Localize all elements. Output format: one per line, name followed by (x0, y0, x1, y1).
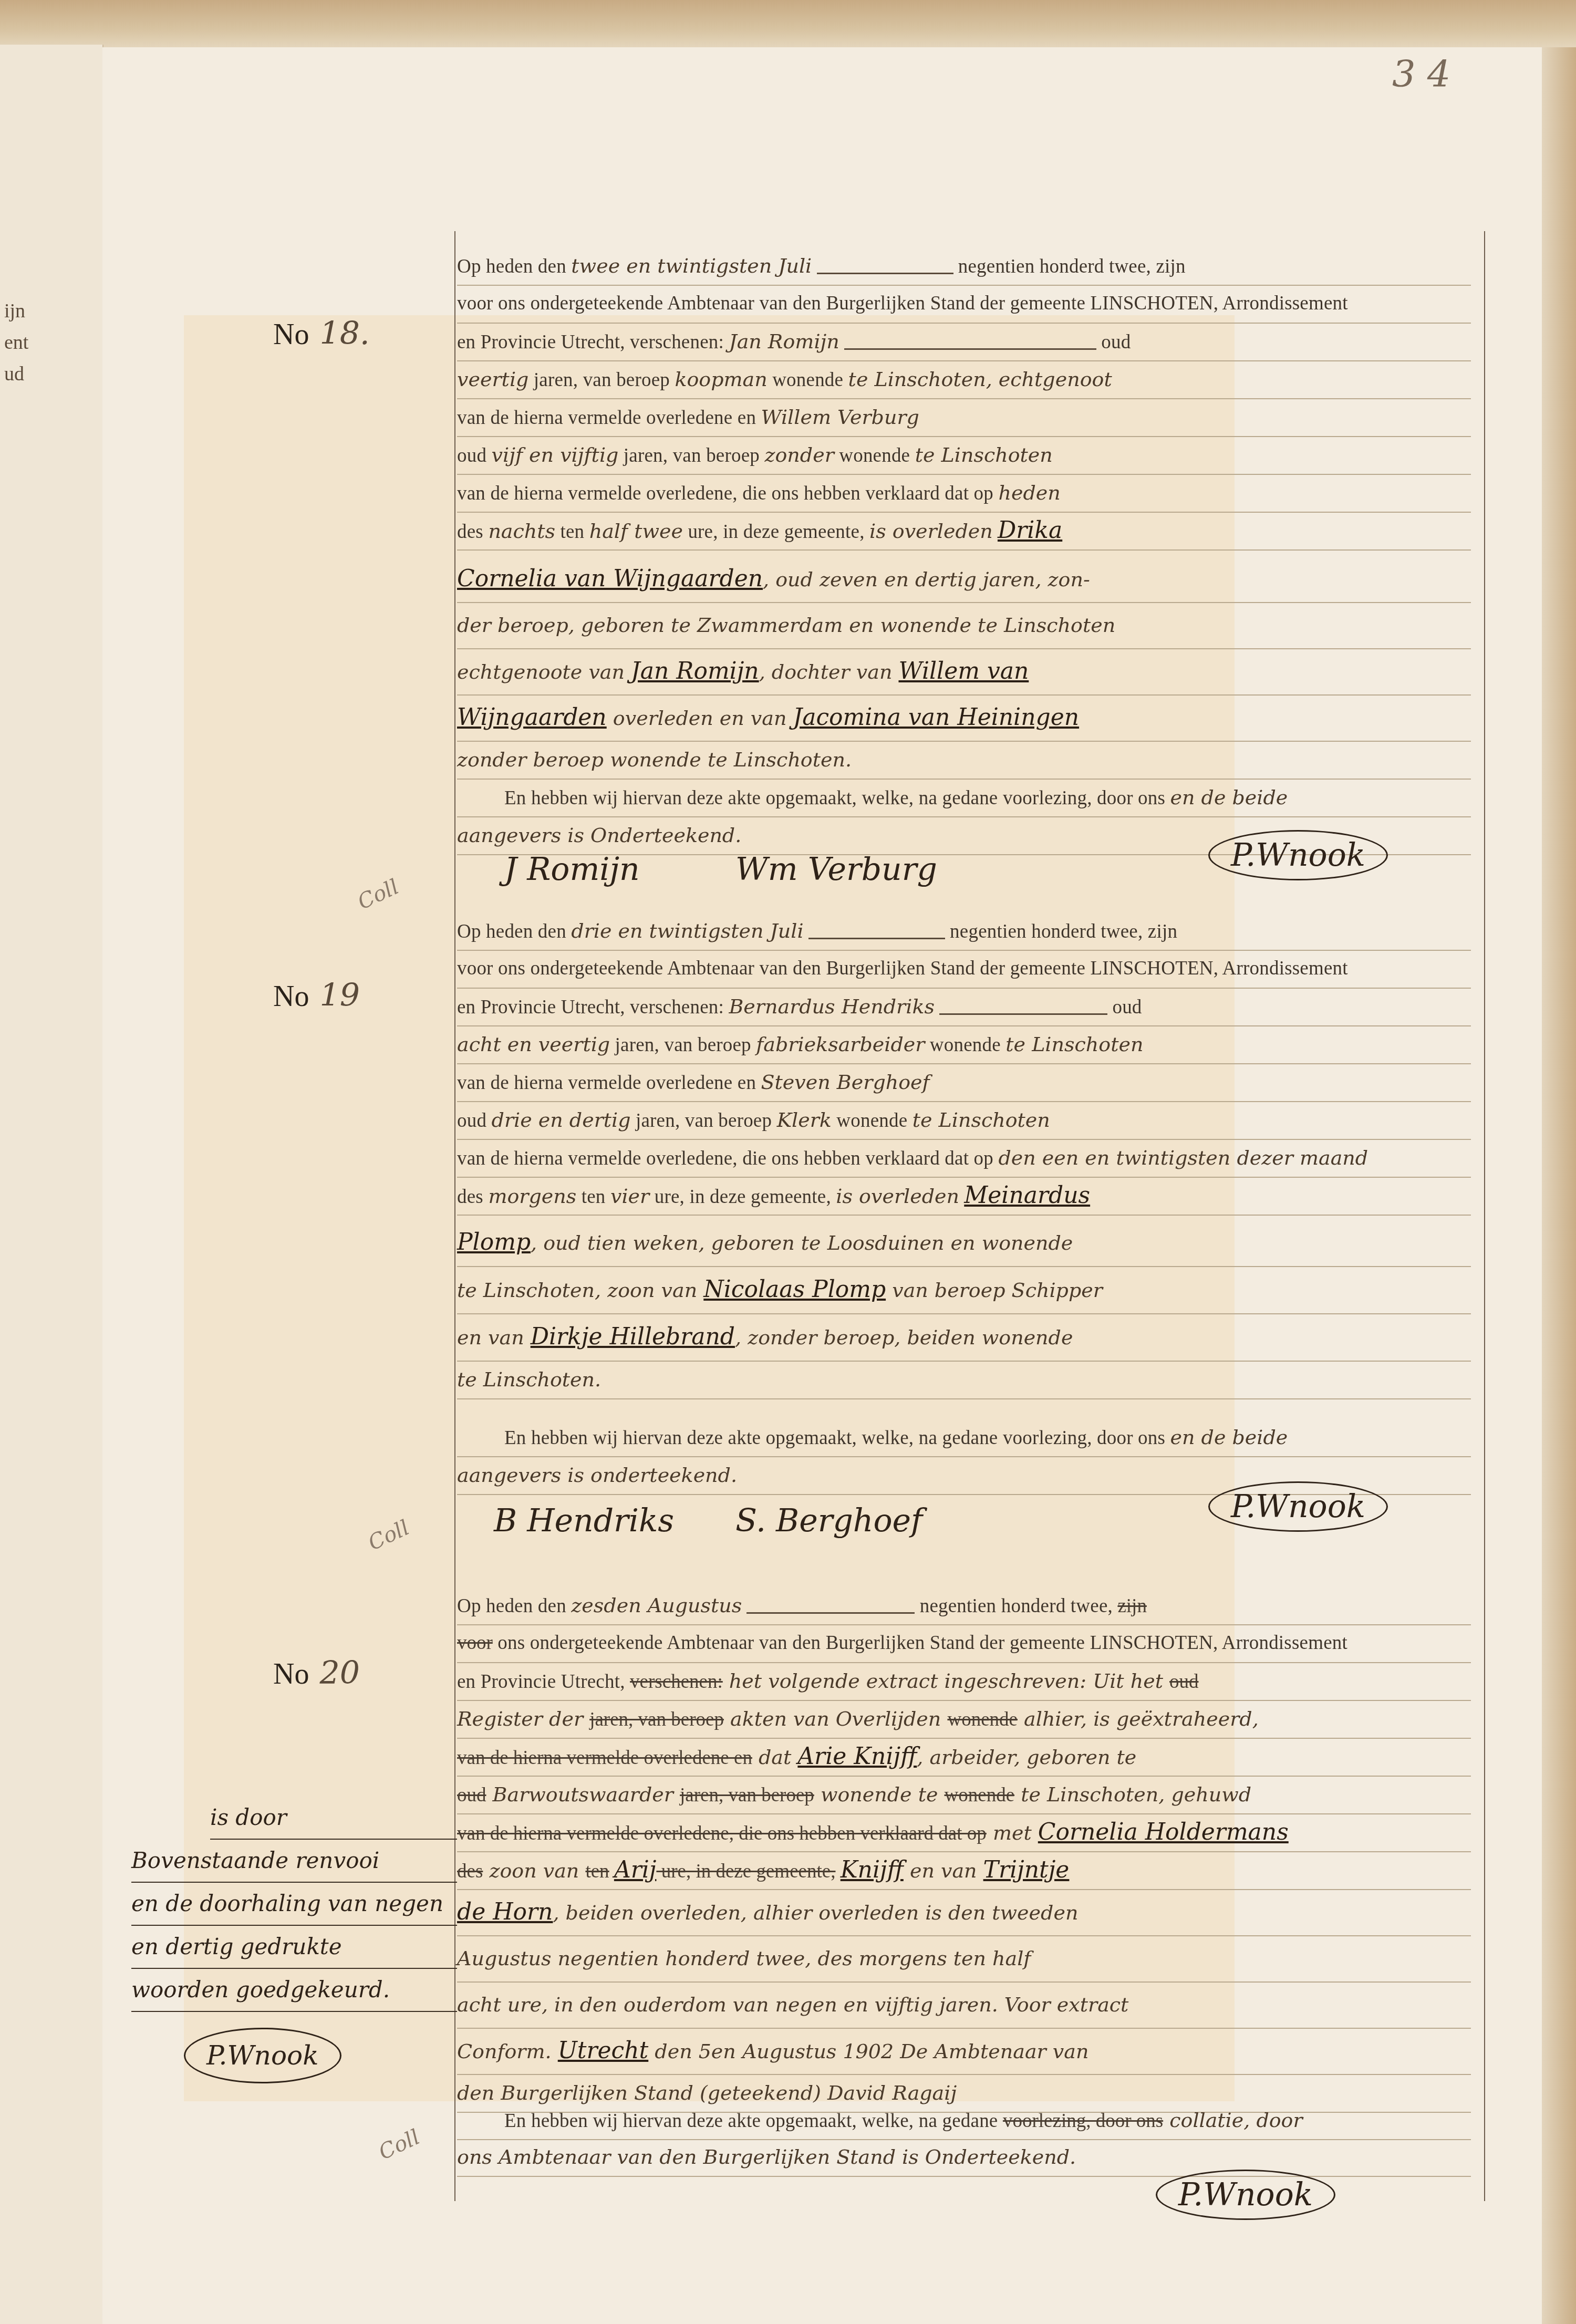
record-line: en Provincie Utrecht, verschenen: Bernar… (457, 988, 1471, 1026)
record-line: en van Dirkje Hillebrand, zonder beroep,… (457, 1313, 1471, 1362)
record-text: jaren, van beroep (528, 369, 675, 391)
record-line: van de hierna vermelde overledene, die o… (457, 1813, 1471, 1852)
record-text: Drika (998, 517, 1062, 544)
record-text: alhier, is geëxtraheerd, (1018, 1707, 1259, 1730)
record-text: ten (555, 521, 589, 543)
record-text: En hebben wij hiervan deze akte opgemaak… (504, 1427, 1170, 1449)
marginal-line: woorden goedgekeurd. (131, 1969, 457, 2012)
record-text: half twee (589, 520, 683, 543)
record-text: verschenen: (630, 1671, 723, 1693)
left-page-fragment: ud (4, 362, 24, 386)
record-line: des morgens ten vier ure, in deze gemeen… (457, 1177, 1471, 1216)
record-text: ten (585, 1861, 609, 1882)
record-text: negentien honderd twee, (920, 1595, 1118, 1617)
record-text: den een en twintigsten dezer maand (998, 1146, 1368, 1169)
signatures: J Romijn Wm Verburg P.Wnook (473, 830, 1471, 893)
record-line: de Horn, beiden overleden, alhier overle… (457, 1889, 1471, 1936)
record-line: voor ons ondergeteekende Ambtenaar van d… (457, 285, 1471, 324)
record-text: zonder beroep wonende te Linschoten. (457, 748, 852, 771)
record-text: Barwoutswaarder (486, 1783, 680, 1806)
record-text: dat (752, 1746, 797, 1769)
record-text: Op heden den (457, 1595, 571, 1617)
record-text: voor (457, 1632, 493, 1654)
record-text: den 5en Augustus 1902 De Ambtenaar van (648, 2040, 1088, 2063)
record-text: heden (998, 481, 1060, 504)
record-line: Augustus negentien honderd twee, des mor… (457, 1935, 1471, 1983)
record-text: twee en twintigsten Juli (571, 254, 812, 277)
record-line: En hebben wij hiervan deze akte opgemaak… (457, 779, 1471, 817)
record-text: acht en veertig (457, 1033, 610, 1056)
record-text: en Provincie Utrecht, verschenen: (457, 331, 729, 353)
record-text: Arij (614, 1856, 657, 1883)
record-line: oud drie en dertig jaren, van beroep Kle… (457, 1101, 1471, 1140)
record-text: van beroep Schipper (886, 1279, 1103, 1302)
record-text: jaren, van beroep (589, 1709, 724, 1730)
record-text: oud (457, 1110, 492, 1132)
record-text: drie en dertig (492, 1108, 631, 1132)
record-text: voor ons ondergeteekende Ambtenaar van d… (457, 958, 1348, 979)
record-text: Dirkje Hillebrand (531, 1323, 735, 1350)
record-line: van de hierna vermelde overledene en dat… (457, 1738, 1471, 1777)
record-text: , oud zeven en dertig jaren, zon- (763, 568, 1090, 591)
record-text: Conform. (457, 2040, 558, 2063)
record-text: jaren, van beroep (631, 1110, 777, 1132)
left-page-edge: ijn ent ud (0, 45, 103, 2324)
record-text: Knijff (841, 1856, 904, 1883)
record-text: wonende (945, 1784, 1015, 1806)
record-line: Op heden den twee en twintigsten Juli ne… (457, 247, 1471, 286)
marginal-line: en de doorhaling van negen (131, 1883, 457, 1926)
record-text: oud (1169, 1671, 1199, 1693)
record-text: Meinardus (964, 1182, 1090, 1209)
marginal-line: en dertig gedrukte (131, 1926, 457, 1969)
record-text: morgens (488, 1185, 576, 1208)
record-text: wonende (768, 369, 848, 391)
record-line: voor ons ondergeteekende Ambtenaar van d… (457, 950, 1471, 989)
record-text: Wijngaarden (457, 704, 607, 731)
record-text: koopman (675, 368, 767, 391)
blank-fill-line (746, 1602, 915, 1614)
record-text: en van (904, 1859, 983, 1882)
record-text: te Linschoten (1005, 1033, 1143, 1056)
record-text: zonder (764, 443, 834, 466)
record-text: 18. (319, 315, 369, 352)
record-line: echtgenoote van Jan Romijn, dochter van … (457, 648, 1471, 696)
signatures: B Hendriks S. Berghoef P.Wnook (473, 1481, 1471, 1544)
record-text: van de hierna vermelde overledene en (457, 407, 761, 429)
record-text: oud (1112, 997, 1142, 1018)
record-text: echtgenoote van (457, 660, 631, 683)
book-top-edge (0, 0, 1576, 50)
signature-declarant-1: B Hendriks (494, 1502, 674, 1539)
record-text: oud (1101, 331, 1131, 353)
record-line: Op heden den drie en twintigsten Juli ne… (457, 912, 1471, 951)
record-text: Jan Romijn (631, 658, 759, 684)
record-text: negentien honderd twee, zijn (958, 256, 1186, 277)
record-line: veertig jaren, van beroep koopman wonend… (457, 360, 1471, 399)
record-text: fabrieksarbeider (756, 1033, 925, 1056)
record-text: te Linschoten, gehuwd (1014, 1783, 1251, 1806)
record-text: Op heden den (457, 921, 571, 942)
record-text: te Linschoten, zoon van (457, 1279, 703, 1302)
record-text: en Provincie Utrecht, verschenen: (457, 997, 729, 1018)
record-text: collatie, door (1163, 2109, 1303, 2132)
signature-official: P.Wnook (1156, 2170, 1335, 2220)
record-text: vier (610, 1185, 649, 1208)
record-line: En hebben wij hiervan deze akte opgemaak… (457, 1418, 1471, 1457)
record-line: Conform. Utrecht den 5en Augustus 1902 D… (457, 2028, 1471, 2075)
record-text: des (457, 1861, 483, 1882)
record-text: 20 (319, 1655, 359, 1692)
record-text: nachts (488, 520, 555, 543)
record-text: ten (576, 1186, 610, 1208)
act-number: No19 (273, 977, 360, 1014)
record-text: ure, in deze gemeente, (649, 1186, 836, 1208)
record-text: van de hierna vermelde overledene en (457, 1747, 752, 1769)
record-line: oud Barwoutswaarder jaren, van beroep wo… (457, 1776, 1471, 1814)
record-line: Op heden den zesden Augustus negentien h… (457, 1586, 1471, 1625)
record-line: en Provincie Utrecht, verschenen: Jan Ro… (457, 323, 1471, 361)
record-text: oud (457, 1784, 486, 1806)
record-line: voor ons ondergeteekende Ambtenaar van d… (457, 1624, 1471, 1663)
record-text: No (273, 1658, 309, 1690)
record-line: van de hierna vermelde overledene en Ste… (457, 1063, 1471, 1102)
marginal-line: is door (210, 1797, 457, 1840)
signature-declarant-2: S. Berghoef (735, 1502, 922, 1539)
marginal-line: Bovenstaande renvooi (131, 1840, 457, 1883)
record-text: Op heden den (457, 256, 571, 277)
record-text: Plomp (457, 1229, 531, 1256)
record-text: ons ondergeteekende Ambtenaar van den Bu… (493, 1632, 1347, 1654)
record-text: voorlezing, door ons (1003, 2110, 1163, 2132)
signature-official: P.Wnook (1208, 1481, 1388, 1532)
record-text: , arbeider, geboren te (917, 1746, 1136, 1769)
margin-rule-right (1484, 231, 1485, 2201)
blank-fill-line (817, 262, 953, 274)
record-line: en Provincie Utrecht, verschenen: het vo… (457, 1662, 1471, 1701)
signatures: P.Wnook (473, 2159, 1471, 2222)
record-text: Cornelia van Wijngaarden (457, 565, 763, 592)
blank-fill-line (808, 927, 945, 939)
record-line: te Linschoten, zoon van Nicolaas Plomp v… (457, 1266, 1471, 1314)
record-line: te Linschoten. (457, 1361, 1471, 1399)
record-text: vijf en vijftig (492, 443, 619, 466)
record-text: ure, in deze gemeente, (683, 521, 869, 543)
record-text: Willem Verburg (761, 406, 919, 429)
record-text: jaren, van beroep (610, 1034, 756, 1056)
record-text: zesden Augustus (571, 1594, 742, 1617)
record-text: jaren, van beroep (618, 445, 764, 466)
record-line: acht ure, in den ouderdom van negen en v… (457, 1981, 1471, 2029)
record-line: des zoon van ten Arij ure, in deze gemee… (457, 1851, 1471, 1890)
record-line: van de hierna vermelde overledene, die o… (457, 474, 1471, 513)
record-line: des nachts ten half twee ure, in deze ge… (457, 512, 1471, 551)
record-text: des (457, 521, 488, 543)
record-text: van de hierna vermelde overledene en (457, 1072, 761, 1094)
record-line: Plomp, oud tien weken, geboren te Loosdu… (457, 1219, 1471, 1267)
record-line: acht en veertig jaren, van beroep fabrie… (457, 1025, 1471, 1064)
record-text: is overleden (869, 520, 993, 543)
marginal-signature: P.Wnook (184, 2028, 341, 2083)
record-text: , oud tien weken, geboren te Loosduinen … (531, 1231, 1073, 1254)
record-text: jaren, van beroep (680, 1784, 814, 1806)
record-text: het volgende extract ingeschreven: Uit h… (723, 1669, 1169, 1693)
record-text: wonende (925, 1034, 1005, 1056)
record-text: te Linschoten (913, 1108, 1050, 1132)
record-text: Arie Knijff (797, 1743, 917, 1770)
record-text: acht ure, in den ouderdom van negen en v… (457, 1993, 1128, 2016)
blank-fill-line (844, 338, 1096, 350)
record-text: zijn (1117, 1595, 1146, 1617)
record-text: te Linschoten (915, 443, 1053, 466)
signature-declarant-2: Wm Verburg (735, 851, 937, 888)
act-number: No18. (273, 315, 370, 352)
record-line: Wijngaarden overleden en van Jacomina va… (457, 694, 1471, 742)
signature-official: P.Wnook (1208, 830, 1388, 880)
record-text: No (273, 318, 309, 351)
record-text: en de beide (1170, 786, 1288, 809)
record-text: des (457, 1186, 488, 1208)
record-line: zonder beroep wonende te Linschoten. (457, 741, 1471, 780)
record-text: Utrecht (558, 2037, 649, 2064)
record-text: No (273, 980, 309, 1013)
record-text: Klerk (777, 1108, 832, 1132)
record-text: is overleden (836, 1185, 959, 1208)
record-text: van de hierna vermelde overledene, die o… (457, 1823, 987, 1844)
record-text: en van (457, 1326, 531, 1349)
record-text: van de hierna vermelde overledene, die o… (457, 483, 998, 504)
blank-fill-line (939, 1003, 1107, 1015)
record-text: met (987, 1821, 1038, 1844)
record-text: Nicolaas Plomp (703, 1276, 886, 1303)
record-text: oud (457, 445, 492, 466)
record-text: wonende (834, 445, 915, 466)
record-line: En hebben wij hiervan deze akte opgemaak… (457, 2101, 1471, 2140)
record-line: van de hierna vermelde overledene, die o… (457, 1139, 1471, 1178)
left-page-fragment: ent (4, 331, 28, 354)
record-text: En hebben wij hiervan deze akte opgemaak… (504, 787, 1170, 809)
marginal-note-approval: is door Bovenstaande renvooi en de doorh… (131, 1797, 457, 2083)
record-text: , beiden overleden, alhier overleden is … (553, 1901, 1078, 1924)
page-number: 3 4 (1392, 53, 1450, 96)
record-text: Augustus negentien honderd twee, des mor… (457, 1947, 1031, 1970)
record-text: Jan Romijn (729, 330, 839, 353)
record-text: der beroep, geboren te Zwammerdam en won… (457, 614, 1115, 637)
record-text: Jacomina van Heiningen (793, 704, 1080, 731)
record-text: voor ons ondergeteekende Ambtenaar van d… (457, 293, 1348, 314)
record-line: der beroep, geboren te Zwammerdam en won… (457, 602, 1471, 649)
record-text: Willem van (898, 658, 1029, 684)
record-line: Register der jaren, van beroep akten van… (457, 1700, 1471, 1739)
record-text: , zonder beroep, beiden wonende (735, 1326, 1073, 1349)
record-text: En hebben wij hiervan deze akte opgemaak… (504, 2110, 1003, 2132)
act-number: No20 (273, 1655, 360, 1692)
signature-declarant-1: J Romijn (504, 851, 640, 888)
record-line: van de hierna vermelde overledene en Wil… (457, 398, 1471, 437)
record-text: ure, in deze gemeente, (656, 1861, 835, 1882)
record-text: , dochter van (759, 660, 899, 683)
record-text: te Linschoten, echtgenoot (848, 368, 1112, 391)
record-text: veertig (457, 368, 528, 391)
record-text: Register der (457, 1707, 589, 1730)
record-text: van de hierna vermelde overledene, die o… (457, 1148, 998, 1169)
record-text: wonende (832, 1110, 913, 1132)
record-line: oud vijf en vijftig jaren, van beroep zo… (457, 436, 1471, 475)
record-text: akten van Overlijden (724, 1707, 947, 1730)
page-edge (1542, 47, 1576, 2324)
record-text: Trijntje (983, 1856, 1070, 1883)
record-text: en Provincie Utrecht, (457, 1671, 630, 1693)
record-text: en de beide (1170, 1426, 1288, 1449)
record-text: zoon van (483, 1859, 585, 1882)
record-text: 19 (319, 977, 359, 1014)
record-line: Cornelia van Wijngaarden, oud zeven en d… (457, 556, 1471, 603)
record-text: drie en twintigsten Juli (571, 919, 803, 942)
left-page-fragment: ijn (4, 299, 25, 323)
record-text: te Linschoten. (457, 1368, 601, 1391)
record-text: negentien honderd twee, zijn (950, 921, 1177, 942)
record-text: Steven Berghoef (761, 1071, 930, 1094)
record-text: wonende (947, 1709, 1018, 1730)
record-text: de Horn (457, 1898, 553, 1925)
record-text: wonende te (814, 1783, 945, 1806)
record-text: overleden en van (607, 707, 793, 730)
record-text: Bernardus Hendriks (729, 995, 935, 1018)
record-text: Cornelia Holdermans (1038, 1819, 1289, 1845)
